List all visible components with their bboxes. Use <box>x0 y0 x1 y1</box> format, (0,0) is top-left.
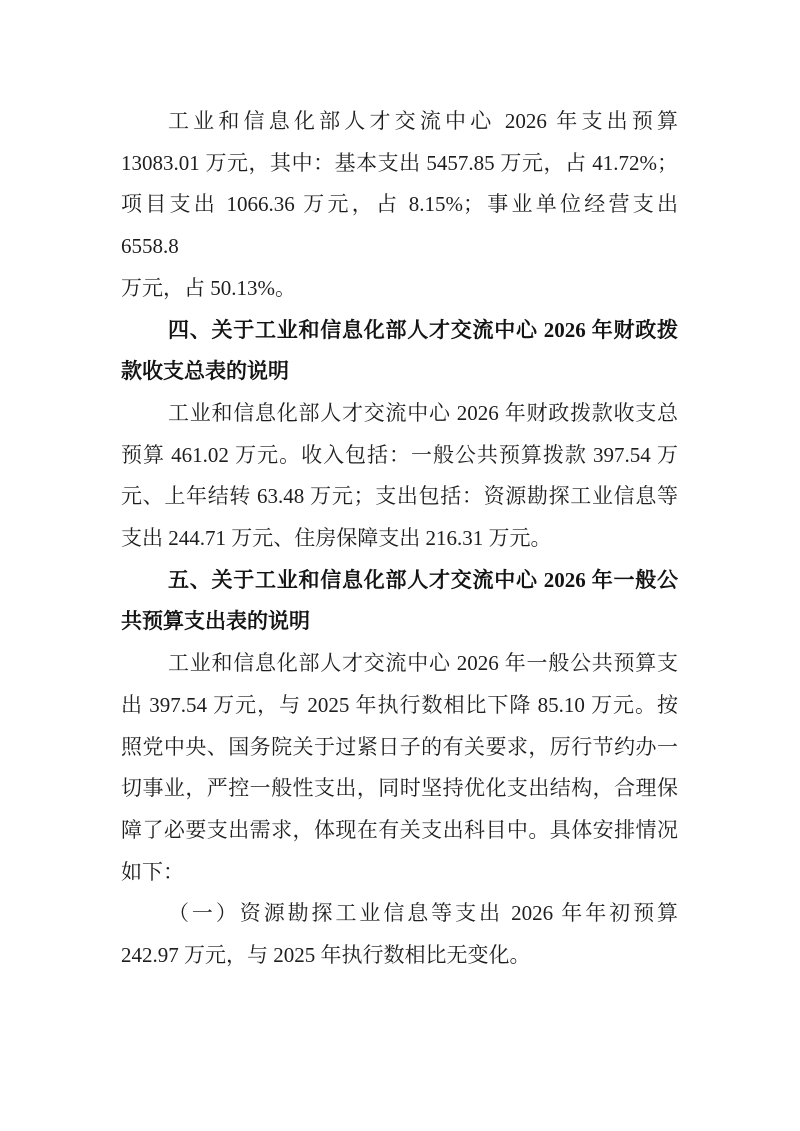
text-line: 项目支出 1066.36 万元，占 8.15%；事业单位经营支出 6558.8 <box>121 184 678 267</box>
text-line: 预算 461.02 万元。收入包括：一般公共预算拨款 397.54 万 <box>121 435 678 477</box>
document-body: 工业和信息化部人才交流中心 2026 年支出预算13083.01 万元，其中：基… <box>121 101 678 977</box>
paragraph: 工业和信息化部人才交流中心 2026 年支出预算13083.01 万元，其中：基… <box>121 101 678 310</box>
text-line: 切事业，严控一般性支出，同时坚持优化支出结构，合理保 <box>121 768 678 810</box>
text-line: 障了必要支出需求，体现在有关支出科目中。具体安排情况 <box>121 810 678 852</box>
text-line: 照党中央、国务院关于过紧日子的有关要求，厉行节约办一 <box>121 727 678 769</box>
text-line: 如下： <box>121 852 678 894</box>
paragraph: 工业和信息化部人才交流中心 2026 年一般公共预算支出 397.54 万元，与… <box>121 643 678 893</box>
section-heading: 五、关于工业和信息化部人才交流中心 2026 年一般公共预算支出表的说明 <box>121 560 678 643</box>
text-line: 242.97 万元，与 2025 年执行数相比无变化。 <box>121 935 678 977</box>
paragraph: （一）资源勘探工业信息等支出 2026 年年初预算242.97 万元，与 202… <box>121 893 678 976</box>
text-line: 工业和信息化部人才交流中心 2026 年财政拨款收支总 <box>121 393 678 435</box>
text-line: 共预算支出表的说明 <box>121 601 678 643</box>
text-line: 工业和信息化部人才交流中心 2026 年一般公共预算支 <box>121 643 678 685</box>
text-line: 款收支总表的说明 <box>121 351 678 393</box>
text-line: 支出 244.71 万元、住房保障支出 216.31 万元。 <box>121 518 678 560</box>
text-line: 工业和信息化部人才交流中心 2026 年支出预算 <box>121 101 678 143</box>
paragraph: 工业和信息化部人才交流中心 2026 年财政拨款收支总预算 461.02 万元。… <box>121 393 678 560</box>
text-line: 五、关于工业和信息化部人才交流中心 2026 年一般公 <box>121 560 678 602</box>
text-line: 元、上年结转 63.48 万元；支出包括：资源勘探工业信息等 <box>121 476 678 518</box>
section-heading: 四、关于工业和信息化部人才交流中心 2026 年财政拨款收支总表的说明 <box>121 310 678 393</box>
text-line: 出 397.54 万元，与 2025 年执行数相比下降 85.10 万元。按 <box>121 685 678 727</box>
text-line: 万元，占 50.13%。 <box>121 268 678 310</box>
text-line: （一）资源勘探工业信息等支出 2026 年年初预算 <box>121 893 678 935</box>
document-page: 工业和信息化部人才交流中心 2026 年支出预算13083.01 万元，其中：基… <box>0 0 800 1131</box>
text-line: 四、关于工业和信息化部人才交流中心 2026 年财政拨 <box>121 310 678 352</box>
text-line: 13083.01 万元，其中：基本支出 5457.85 万元，占 41.72%； <box>121 143 678 185</box>
